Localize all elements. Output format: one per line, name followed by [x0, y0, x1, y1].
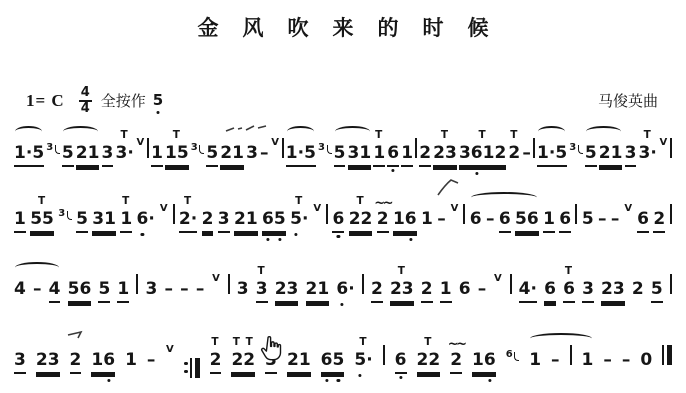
- note: 3612T: [459, 143, 506, 167]
- slur: [287, 126, 314, 137]
- barline: [510, 274, 512, 294]
- tonguing-mark: T: [565, 265, 573, 277]
- note: 3: [14, 350, 26, 374]
- grace-note: 3: [58, 208, 71, 220]
- note: 65: [262, 209, 286, 233]
- tonguing-mark: T: [510, 129, 518, 141]
- note: 1: [117, 279, 129, 303]
- note: 56: [68, 279, 92, 303]
- tonguing-mark: T: [258, 265, 266, 277]
- pencil-annotation: [436, 177, 460, 197]
- note: 1·5: [14, 143, 44, 167]
- note: 6·: [137, 209, 155, 231]
- note: 6: [559, 209, 571, 233]
- note: 6: [499, 209, 511, 233]
- tonguing-mark: T: [375, 129, 383, 141]
- note: 6: [332, 209, 344, 233]
- barline: [533, 138, 535, 158]
- note: 5: [62, 143, 74, 167]
- low-octave-dot: [475, 172, 478, 175]
- duration-dash: –: [33, 279, 42, 299]
- duration-dash: –: [180, 279, 189, 299]
- breath-mark: V: [313, 203, 322, 214]
- composer-credit: 马俊英曲: [598, 90, 658, 111]
- note: 16: [393, 209, 417, 233]
- note: 3·T: [639, 143, 657, 165]
- barline: [415, 138, 417, 158]
- grace-note: 6: [506, 349, 519, 361]
- grace-note: 3: [191, 142, 204, 154]
- music-line-2: 155T35311T6·V2·T2321655·TV622T2~~161–V6–…: [14, 204, 672, 233]
- tonguing-mark: T: [644, 129, 652, 141]
- barline: [575, 204, 577, 224]
- note: 21: [76, 143, 100, 167]
- note: 2: [371, 279, 383, 303]
- note: 2T: [508, 143, 520, 165]
- note: 23: [275, 279, 299, 303]
- note: 3: [218, 209, 230, 233]
- music-line-3: 4–456513–––V33T23216·223T216–V4·66T32325: [14, 274, 672, 303]
- low-octave-dot: [108, 379, 111, 382]
- duration-dash: –: [551, 350, 560, 370]
- note: 21: [287, 350, 311, 374]
- note: 5: [334, 143, 346, 167]
- note: 1·5: [537, 143, 567, 167]
- breath-mark: V: [136, 137, 145, 148]
- slur: [63, 126, 98, 137]
- fingering-note: 5: [153, 91, 163, 109]
- barline: [228, 274, 230, 294]
- tonguing-mark: T: [173, 129, 181, 141]
- duration-dash: –: [603, 350, 612, 370]
- tonguing-mark: T: [184, 195, 192, 207]
- note: 5·T: [354, 350, 372, 372]
- music-line-1: 1·5352133·TV115T35213–V1·535311T61223T36…: [14, 138, 672, 167]
- low-octave-dot: [488, 379, 491, 382]
- barline: [173, 204, 175, 224]
- barline: [670, 138, 672, 158]
- breath-mark: V: [450, 203, 459, 214]
- duration-dash: –: [622, 350, 631, 370]
- note: 5·T: [290, 209, 308, 231]
- duration-dash: –: [196, 279, 205, 299]
- low-octave-dot: [337, 379, 340, 382]
- trill-mark: ~~: [374, 196, 391, 211]
- note: 22T T: [231, 350, 255, 374]
- low-octave-dot: [392, 169, 395, 172]
- note: 2: [419, 143, 431, 167]
- note: 1: [421, 209, 433, 231]
- note: 15T: [165, 143, 189, 167]
- note: 31: [348, 143, 372, 167]
- barline: [326, 204, 328, 224]
- tonguing-mark: T: [356, 195, 364, 207]
- duration-dash: –: [437, 209, 446, 229]
- tonguing-mark: T: [424, 336, 432, 348]
- note: 2~~: [450, 350, 462, 374]
- duration-dash: –: [147, 350, 156, 370]
- barline: [282, 138, 284, 158]
- note: 6: [459, 279, 471, 301]
- barline: [463, 204, 465, 224]
- note: 5: [582, 209, 594, 231]
- note: 23T: [433, 143, 457, 167]
- slur: [471, 192, 537, 203]
- song-title: 金风吹来的时候: [0, 12, 686, 42]
- final-barline: [662, 345, 672, 365]
- note: 3: [102, 143, 114, 167]
- note: 0: [640, 350, 652, 372]
- note: 6: [387, 143, 399, 167]
- low-octave-dot: [278, 238, 281, 241]
- note: 1: [543, 209, 555, 233]
- note: 6: [395, 350, 407, 374]
- breath-mark: V: [211, 273, 220, 284]
- barline: [670, 204, 672, 224]
- fingering-label: 全按作: [101, 90, 146, 111]
- note: 16: [472, 350, 496, 374]
- low-octave-dot: [341, 303, 344, 306]
- note: 22T: [349, 209, 373, 233]
- note: 4·: [519, 279, 537, 303]
- note: 21: [599, 143, 623, 167]
- note: 4: [14, 279, 26, 301]
- key-signature: 1= C: [26, 91, 65, 111]
- low-octave-dot: [409, 238, 412, 241]
- note: 31: [92, 209, 116, 233]
- note: 4: [49, 279, 61, 303]
- note: 6: [470, 209, 482, 231]
- tonguing-mark: T: [122, 195, 130, 207]
- tonguing-mark: T: [38, 195, 46, 207]
- note: 1T: [373, 143, 385, 167]
- barline: [147, 138, 149, 158]
- note: 23: [36, 350, 60, 374]
- breath-mark: V: [659, 137, 668, 148]
- duration-dash: –: [260, 143, 269, 163]
- note: 5: [206, 143, 218, 167]
- note: 5: [76, 209, 88, 233]
- time-signature-numerator: 4: [79, 86, 92, 102]
- time-signature: 4 4: [79, 86, 92, 115]
- slur: [530, 333, 592, 344]
- note: 6: [637, 209, 649, 233]
- note: 6·: [336, 279, 354, 301]
- tonguing-mark: T: [295, 195, 303, 207]
- tonguing-mark: T: [211, 336, 219, 348]
- note: 2~~: [377, 209, 389, 233]
- note: 3: [146, 279, 158, 301]
- note: 2: [421, 279, 433, 303]
- note: 21: [234, 209, 258, 233]
- duration-dash: –: [478, 279, 487, 299]
- slur: [15, 262, 59, 273]
- note: 3·T: [115, 143, 133, 165]
- note: 1: [14, 209, 26, 233]
- grace-note: 3: [569, 142, 582, 154]
- note: 21: [306, 279, 330, 303]
- slur: [538, 126, 565, 137]
- note: 5: [98, 279, 110, 303]
- note: 3T: [256, 279, 268, 303]
- low-octave-dot: [337, 235, 340, 238]
- note: 5: [651, 279, 663, 303]
- barline: [570, 345, 572, 365]
- grace-note: 3: [318, 142, 331, 154]
- note: 22T: [417, 350, 441, 374]
- tonguing-mark: T T: [233, 336, 254, 348]
- note: 1·5: [286, 143, 316, 167]
- note: 23T: [390, 279, 414, 303]
- sheet-page: 金风吹来的时候 1= C 4 4 全按作 5 马俊英曲 1·5352133·TV…: [0, 0, 686, 393]
- tonguing-mark: T: [398, 265, 406, 277]
- tonguing-mark: T: [441, 129, 449, 141]
- note: 3: [246, 143, 258, 165]
- note: 3: [625, 143, 637, 167]
- note: 1: [401, 143, 413, 167]
- note: 3: [582, 279, 594, 303]
- slur: [15, 126, 42, 137]
- key-signature-row: 1= C 4 4 全按作 5: [26, 86, 163, 115]
- note: 5: [585, 143, 597, 167]
- note: 2: [202, 209, 214, 233]
- note: 1: [125, 350, 137, 372]
- note: 6T: [563, 279, 575, 303]
- note: 1: [151, 143, 163, 167]
- note: 2·T: [179, 209, 197, 233]
- barline: [670, 274, 672, 294]
- tonguing-mark: T: [479, 129, 487, 141]
- low-octave-dot: [266, 238, 269, 241]
- note: 1: [582, 350, 594, 372]
- slur: [335, 126, 370, 137]
- low-octave-dot: [359, 374, 362, 377]
- duration-dash: –: [598, 209, 607, 229]
- music-line-4: 3232161–V2T22T T321655·T622T2~~1661–1––0: [14, 345, 672, 375]
- time-signature-denominator: 4: [79, 102, 92, 116]
- barline: [362, 274, 364, 294]
- note: 23: [601, 279, 625, 303]
- slur: [586, 126, 621, 137]
- note: 3: [237, 279, 249, 301]
- duration-dash: –: [165, 279, 174, 299]
- breath-mark: V: [271, 137, 280, 148]
- duration-dash: –: [522, 143, 531, 163]
- barline: [136, 274, 138, 294]
- low-octave-dot: [325, 379, 328, 382]
- note: 2: [653, 209, 665, 233]
- note: 56: [515, 209, 539, 233]
- barline: [383, 345, 385, 365]
- note: 55T: [30, 209, 54, 233]
- pencil-annotation: [67, 329, 89, 339]
- low-octave-dot: [294, 233, 297, 236]
- note: 2: [70, 350, 82, 374]
- breath-mark: V: [624, 203, 633, 214]
- tonguing-mark: T: [359, 336, 367, 348]
- note: 1: [529, 350, 541, 372]
- duration-dash: –: [486, 209, 495, 229]
- breath-mark: V: [493, 273, 502, 284]
- low-octave-dot: [399, 376, 402, 379]
- note: 21: [220, 143, 244, 167]
- note: 2T: [210, 350, 222, 374]
- note: 1: [440, 279, 452, 303]
- breath-mark: V: [165, 344, 174, 355]
- breath-mark: V: [159, 203, 168, 214]
- trill-mark: ~~: [448, 337, 465, 352]
- grace-note: 3: [46, 142, 59, 154]
- note: 6: [544, 279, 556, 303]
- low-octave-dot: [141, 233, 144, 236]
- hand-cursor: [258, 335, 284, 363]
- pencil-annotation: [225, 123, 269, 133]
- duration-dash: –: [611, 209, 620, 229]
- repeat-barline: [184, 358, 199, 378]
- note: 65: [321, 350, 345, 374]
- note: 2: [632, 279, 644, 301]
- note: 1T: [120, 209, 132, 233]
- note: 16: [91, 350, 115, 374]
- tonguing-mark: T: [121, 129, 129, 141]
